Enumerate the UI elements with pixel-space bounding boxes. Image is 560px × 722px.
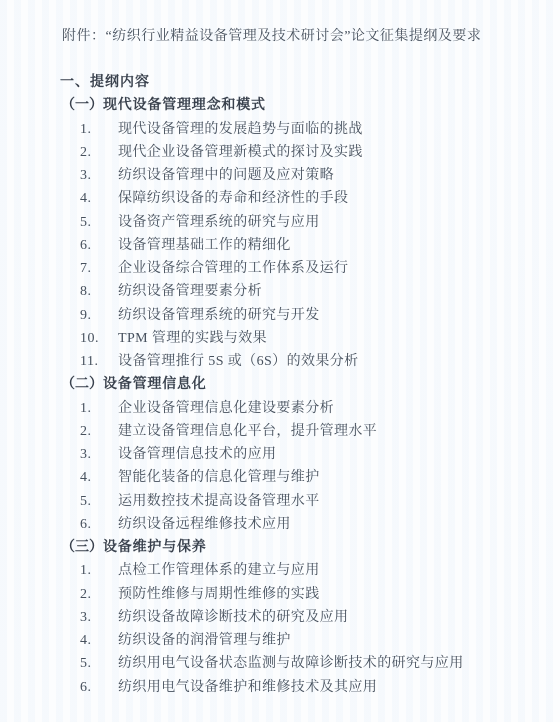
item-number: 1. (80, 397, 118, 420)
item-number: 2. (80, 141, 118, 164)
item-text: 现代企业设备管理新模式的探讨及实践 (118, 145, 363, 160)
outline-item: 6.纺织设备远程维修技术应用 (0, 513, 560, 536)
item-number: 2. (80, 420, 118, 443)
item-text: TPM 管理的实践与效果 (118, 331, 267, 346)
section-heading: （二）设备管理信息化 (0, 373, 560, 396)
section-label: （一） (61, 98, 103, 113)
section-heading: （三）设备维护与保养 (0, 536, 560, 559)
section-title: 现代设备管理理念和模式 (103, 98, 266, 113)
outline-item: 2.预防性维修与周期性维修的实践 (0, 583, 560, 606)
outline-item: 4.保障纺织设备的寿命和经济性的手段 (0, 187, 560, 210)
item-text: 纺织用电气设备维护和维修技术及其应用 (118, 680, 377, 695)
item-number: 3. (80, 443, 118, 466)
item-text: 纺织设备管理中的问题及应对策略 (118, 168, 334, 183)
outline-item: 7.企业设备综合管理的工作体系及运行 (0, 257, 560, 280)
outline-item: 1.企业设备管理信息化建设要素分析 (0, 397, 560, 420)
item-text: 现代设备管理的发展趋势与面临的挑战 (118, 122, 363, 137)
item-text: 企业设备管理信息化建设要素分析 (118, 401, 334, 416)
outline-heading: 一、提纲内容 (0, 71, 560, 94)
section-label: （三） (61, 540, 103, 555)
outline-item: 8.纺织设备管理要素分析 (0, 280, 560, 303)
outline-item: 6.设备管理基础工作的精细化 (0, 234, 560, 257)
outline: 一、提纲内容 （一）现代设备管理理念和模式1.现代设备管理的发展趋势与面临的挑战… (0, 71, 560, 699)
item-number: 5. (80, 490, 118, 513)
item-text: 企业设备综合管理的工作体系及运行 (118, 261, 348, 276)
item-text: 预防性维修与周期性维修的实践 (118, 587, 320, 602)
outline-item: 1.现代设备管理的发展趋势与面临的挑战 (0, 118, 560, 141)
outline-item: 5.运用数控技术提高设备管理水平 (0, 490, 560, 513)
item-number: 6. (80, 513, 118, 536)
item-number: 4. (80, 629, 118, 652)
outline-item: 2.现代企业设备管理新模式的探讨及实践 (0, 141, 560, 164)
outline-item: 4.纺织设备的润滑管理与维护 (0, 629, 560, 652)
item-number: 1. (80, 559, 118, 582)
item-number: 3. (80, 606, 118, 629)
outline-item: 5.设备资产管理系统的研究与应用 (0, 211, 560, 234)
item-text: 运用数控技术提高设备管理水平 (118, 494, 320, 509)
item-text: 保障纺织设备的寿命和经济性的手段 (118, 191, 348, 206)
outline-item: 6.纺织用电气设备维护和维修技术及其应用 (0, 676, 560, 699)
item-number: 8. (80, 280, 118, 303)
item-number: 7. (80, 257, 118, 280)
outline-item: 3.纺织设备故障诊断技术的研究及应用 (0, 606, 560, 629)
item-text: 纺织设备的润滑管理与维护 (118, 633, 291, 648)
item-text: 建立设备管理信息化平台，提升管理水平 (118, 424, 377, 439)
item-number: 4. (80, 187, 118, 210)
section-heading: （一）现代设备管理理念和模式 (0, 94, 560, 117)
item-number: 6. (80, 234, 118, 257)
outline-item: 11.设备管理推行 5S 或（6S）的效果分析 (0, 350, 560, 373)
item-text: 设备资产管理系统的研究与应用 (118, 215, 320, 230)
item-number: 9. (80, 304, 118, 327)
section-title: 设备管理信息化 (103, 377, 207, 392)
section-title: 设备维护与保养 (103, 540, 207, 555)
item-text: 点检工作管理体系的建立与应用 (118, 563, 320, 578)
outline-item: 1.点检工作管理体系的建立与应用 (0, 559, 560, 582)
outline-item: 10.TPM 管理的实践与效果 (0, 327, 560, 350)
item-number: 3. (80, 164, 118, 187)
outline-item: 4.智能化装备的信息化管理与维护 (0, 466, 560, 489)
item-number: 5. (80, 211, 118, 234)
item-number: 6. (80, 676, 118, 699)
item-text: 设备管理信息技术的应用 (118, 447, 276, 462)
item-text: 设备管理推行 5S 或（6S）的效果分析 (118, 354, 359, 369)
item-text: 纺织设备管理要素分析 (118, 284, 262, 299)
item-text: 设备管理基础工作的精细化 (118, 238, 291, 253)
item-text: 纺织设备远程维修技术应用 (118, 517, 291, 532)
section-label: （二） (61, 377, 103, 392)
item-number: 10. (80, 327, 118, 350)
document-title: 附件：“纺织行业精益设备管理及技术研讨会”论文征集提纲及要求 (62, 25, 540, 48)
outline-sections: （一）现代设备管理理念和模式1.现代设备管理的发展趋势与面临的挑战2.现代企业设… (0, 94, 560, 699)
item-number: 4. (80, 466, 118, 489)
item-number: 5. (80, 652, 118, 675)
outline-item: 3.纺织设备管理中的问题及应对策略 (0, 164, 560, 187)
item-number: 2. (80, 583, 118, 606)
outline-item: 2.建立设备管理信息化平台，提升管理水平 (0, 420, 560, 443)
item-number: 11. (80, 350, 118, 373)
item-number: 1. (80, 118, 118, 141)
outline-item: 3.设备管理信息技术的应用 (0, 443, 560, 466)
item-text: 纺织设备管理系统的研究与开发 (118, 308, 320, 323)
outline-item: 5.纺织用电气设备状态监测与故障诊断技术的研究与应用 (0, 652, 560, 675)
item-text: 智能化装备的信息化管理与维护 (118, 470, 320, 485)
outline-item: 9.纺织设备管理系统的研究与开发 (0, 304, 560, 327)
item-text: 纺织设备故障诊断技术的研究及应用 (118, 610, 348, 625)
scanned-document-page: 附件：“纺织行业精益设备管理及技术研讨会”论文征集提纲及要求 一、提纲内容 （一… (0, 0, 560, 722)
item-text: 纺织用电气设备状态监测与故障诊断技术的研究与应用 (118, 656, 464, 671)
